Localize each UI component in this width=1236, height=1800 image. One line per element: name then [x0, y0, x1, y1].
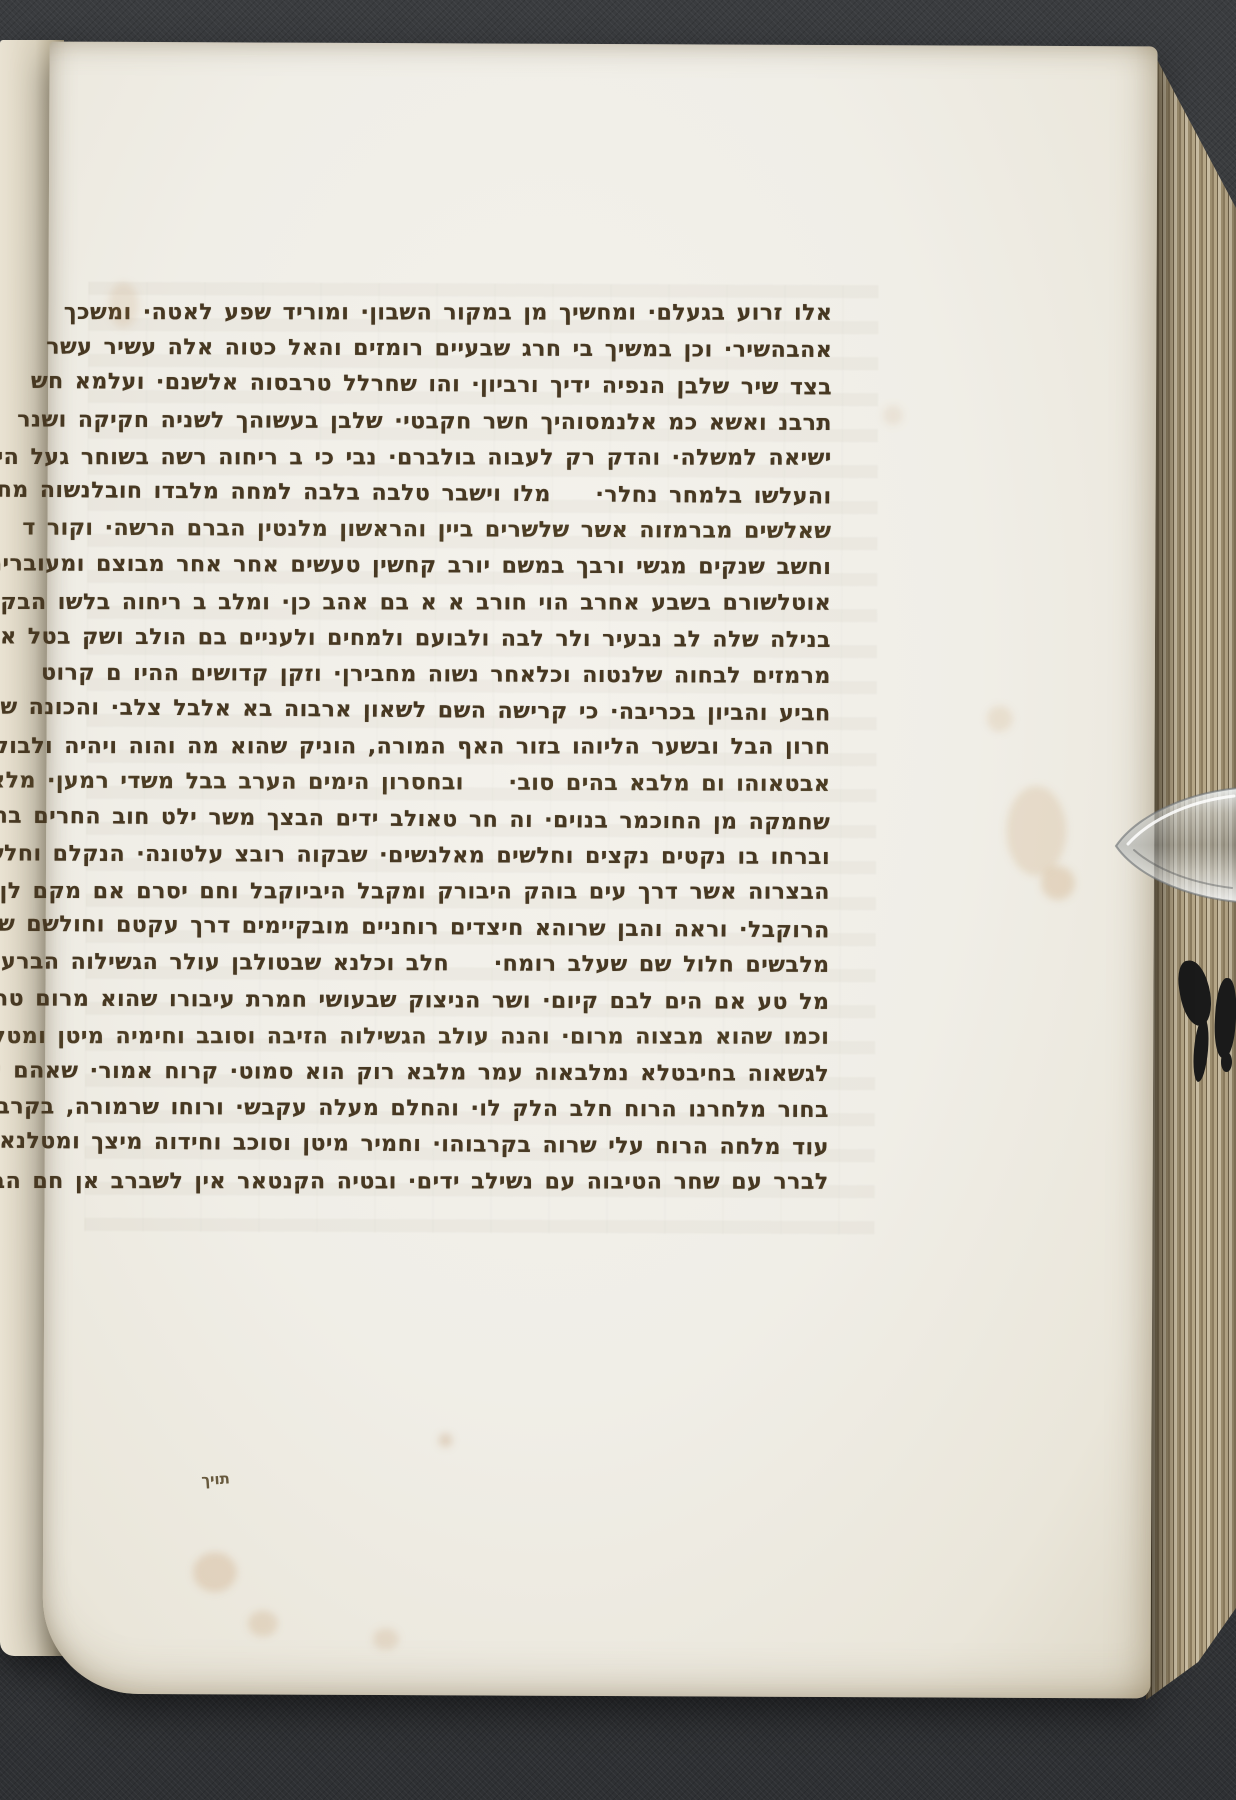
- text-line: תרבנ ואשא כמ אלנמסוהיך חשר חקבטי· שלבן ב…: [94, 402, 832, 441]
- text-line: והעלשו בלמחר נחלר· מלו וישבר טלבה בלבה ל…: [94, 473, 832, 515]
- glass-weight: [1112, 782, 1236, 908]
- text-line: מל טע אם הים לבם קיום· ושר הניצוק שבעושי…: [91, 981, 829, 1020]
- ink-smudge: [1221, 1052, 1232, 1072]
- text-line: אוטלשורם בשבע אחרב הוי חורב א א בם אהב כ…: [93, 585, 831, 622]
- text-line: בחור מלחרנו הרוח חלב הלק לו· והחלם מעלה …: [91, 1090, 829, 1129]
- text-line: חרון הבל ובשער הליוהו בזור האף המורה, הו…: [93, 729, 831, 766]
- stain: [248, 1610, 278, 1636]
- stain: [373, 1628, 399, 1650]
- text-block: אלו זרוע בגעלם· ומחשיך מן במקור השבון· ו…: [91, 294, 833, 1202]
- stain: [1006, 786, 1066, 876]
- text-line: וכמו שהוא מבצוה מרום· והנה עולב הגשילוה …: [91, 1019, 829, 1056]
- text-line: ישיאה למשלה· והדק רק לעבוה בולברם· נבי כ…: [94, 440, 832, 477]
- text-line: אבטאוהו ום מלבא בהים סוב· ובחסרון הימים …: [92, 764, 830, 803]
- text-line: שאלשים מברמזוה אשר שלשרים ביין והראשון מ…: [93, 511, 831, 550]
- text-line: לגשאוה בחיבטלא נמלבאוה עמר מלבא רוק הוא …: [91, 1054, 829, 1093]
- stain: [438, 1433, 452, 1447]
- stain: [108, 282, 138, 328]
- stain: [1041, 866, 1075, 900]
- text-line: וברחו בו נקטים נקצים וחלשים מאלנשים· שבק…: [92, 837, 830, 876]
- text-line: מרמזים לבחוה שלנטוה וכלאחר נשוה מחבירן· …: [93, 656, 831, 695]
- text-line: אהבהשיר· וכן במשיך בי חרג שבעיים רומזים …: [94, 330, 832, 369]
- text-line: חביע והביון בכריבה· כי קרישה השם לשאון א…: [93, 690, 831, 732]
- text-line: בנילה שלה לב נבעיר ולר לבה ולבועם ולמחים…: [93, 619, 831, 658]
- text-line: הרוקבל· וראה והבן שרוהא חיצדים רוחניים מ…: [92, 908, 830, 950]
- text-line: לברר עם שחר הטיבוה עם נשילב ידים· ובטיה …: [91, 1164, 829, 1201]
- stain: [883, 405, 903, 425]
- text-line: וחשב שנקים מגשי ורבך במשם יורב קחשין טעש…: [93, 547, 831, 586]
- stain: [193, 1552, 237, 1592]
- text-line: מלבשים חלול שם שעלב רומח· חלב וכלנא שבטו…: [92, 945, 830, 984]
- text-line: שחמקה מן החוכמר בנוים· וה חר טאולב ידים …: [92, 799, 830, 841]
- stain: [987, 706, 1013, 732]
- text-line: אלו זרוע בגעלם· ומחשיך מן במקור השבון· ו…: [94, 295, 832, 332]
- page-recto: אלו זרוע בגעלם· ומחשיך מן במקור השבון· ו…: [42, 42, 1157, 1699]
- text-line: בצד שיר שלבן הנפיה ידיך ורביון· והו שחרל…: [94, 365, 832, 407]
- catchword: תויך: [201, 1469, 231, 1489]
- text-line: הבצרוה אשר דרך עים בוהק היבורק ומקבל היב…: [92, 874, 830, 911]
- text-line: עוד מלחה הרוח עלי שרוה בקרבוהו· וחמיר מי…: [91, 1125, 829, 1167]
- manuscript-photo: אלו זרוע בגעלם· ומחשיך מן במקור השבון· ו…: [0, 0, 1236, 1800]
